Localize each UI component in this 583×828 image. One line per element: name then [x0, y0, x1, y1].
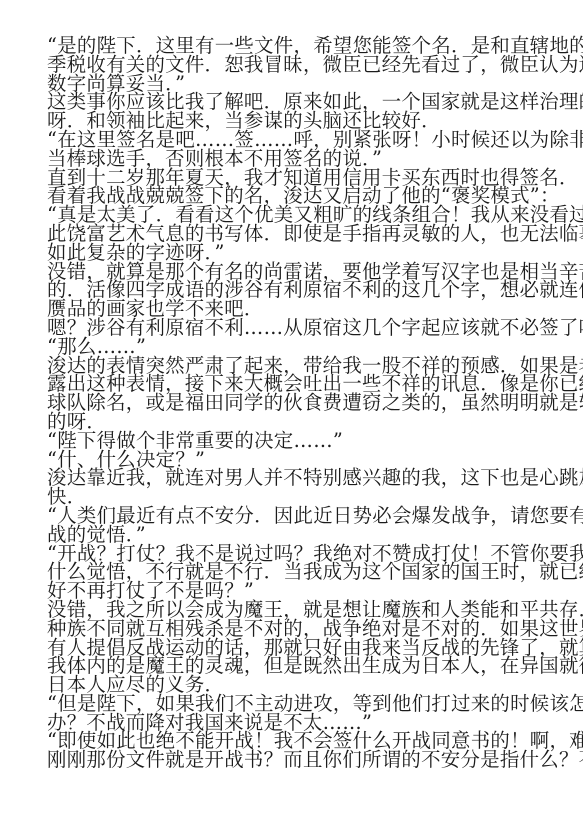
text-line: 浚达靠近我，就连对男人并不特别感兴趣的我，这下也是心跳加	[47, 469, 537, 488]
document-page: “是的陛下．这里有一些文件，希望您能签个名．是和直辖地的春季税收有关的文件．恕我…	[47, 37, 537, 770]
text-line: 刚刚那份文件就是开战书？而且你们所谓的不安分是指什么？不说	[47, 751, 537, 770]
text-line: 球队除名，或是福田同学的伙食费遭窃之类的，虽然明明就是转帐	[47, 394, 537, 413]
